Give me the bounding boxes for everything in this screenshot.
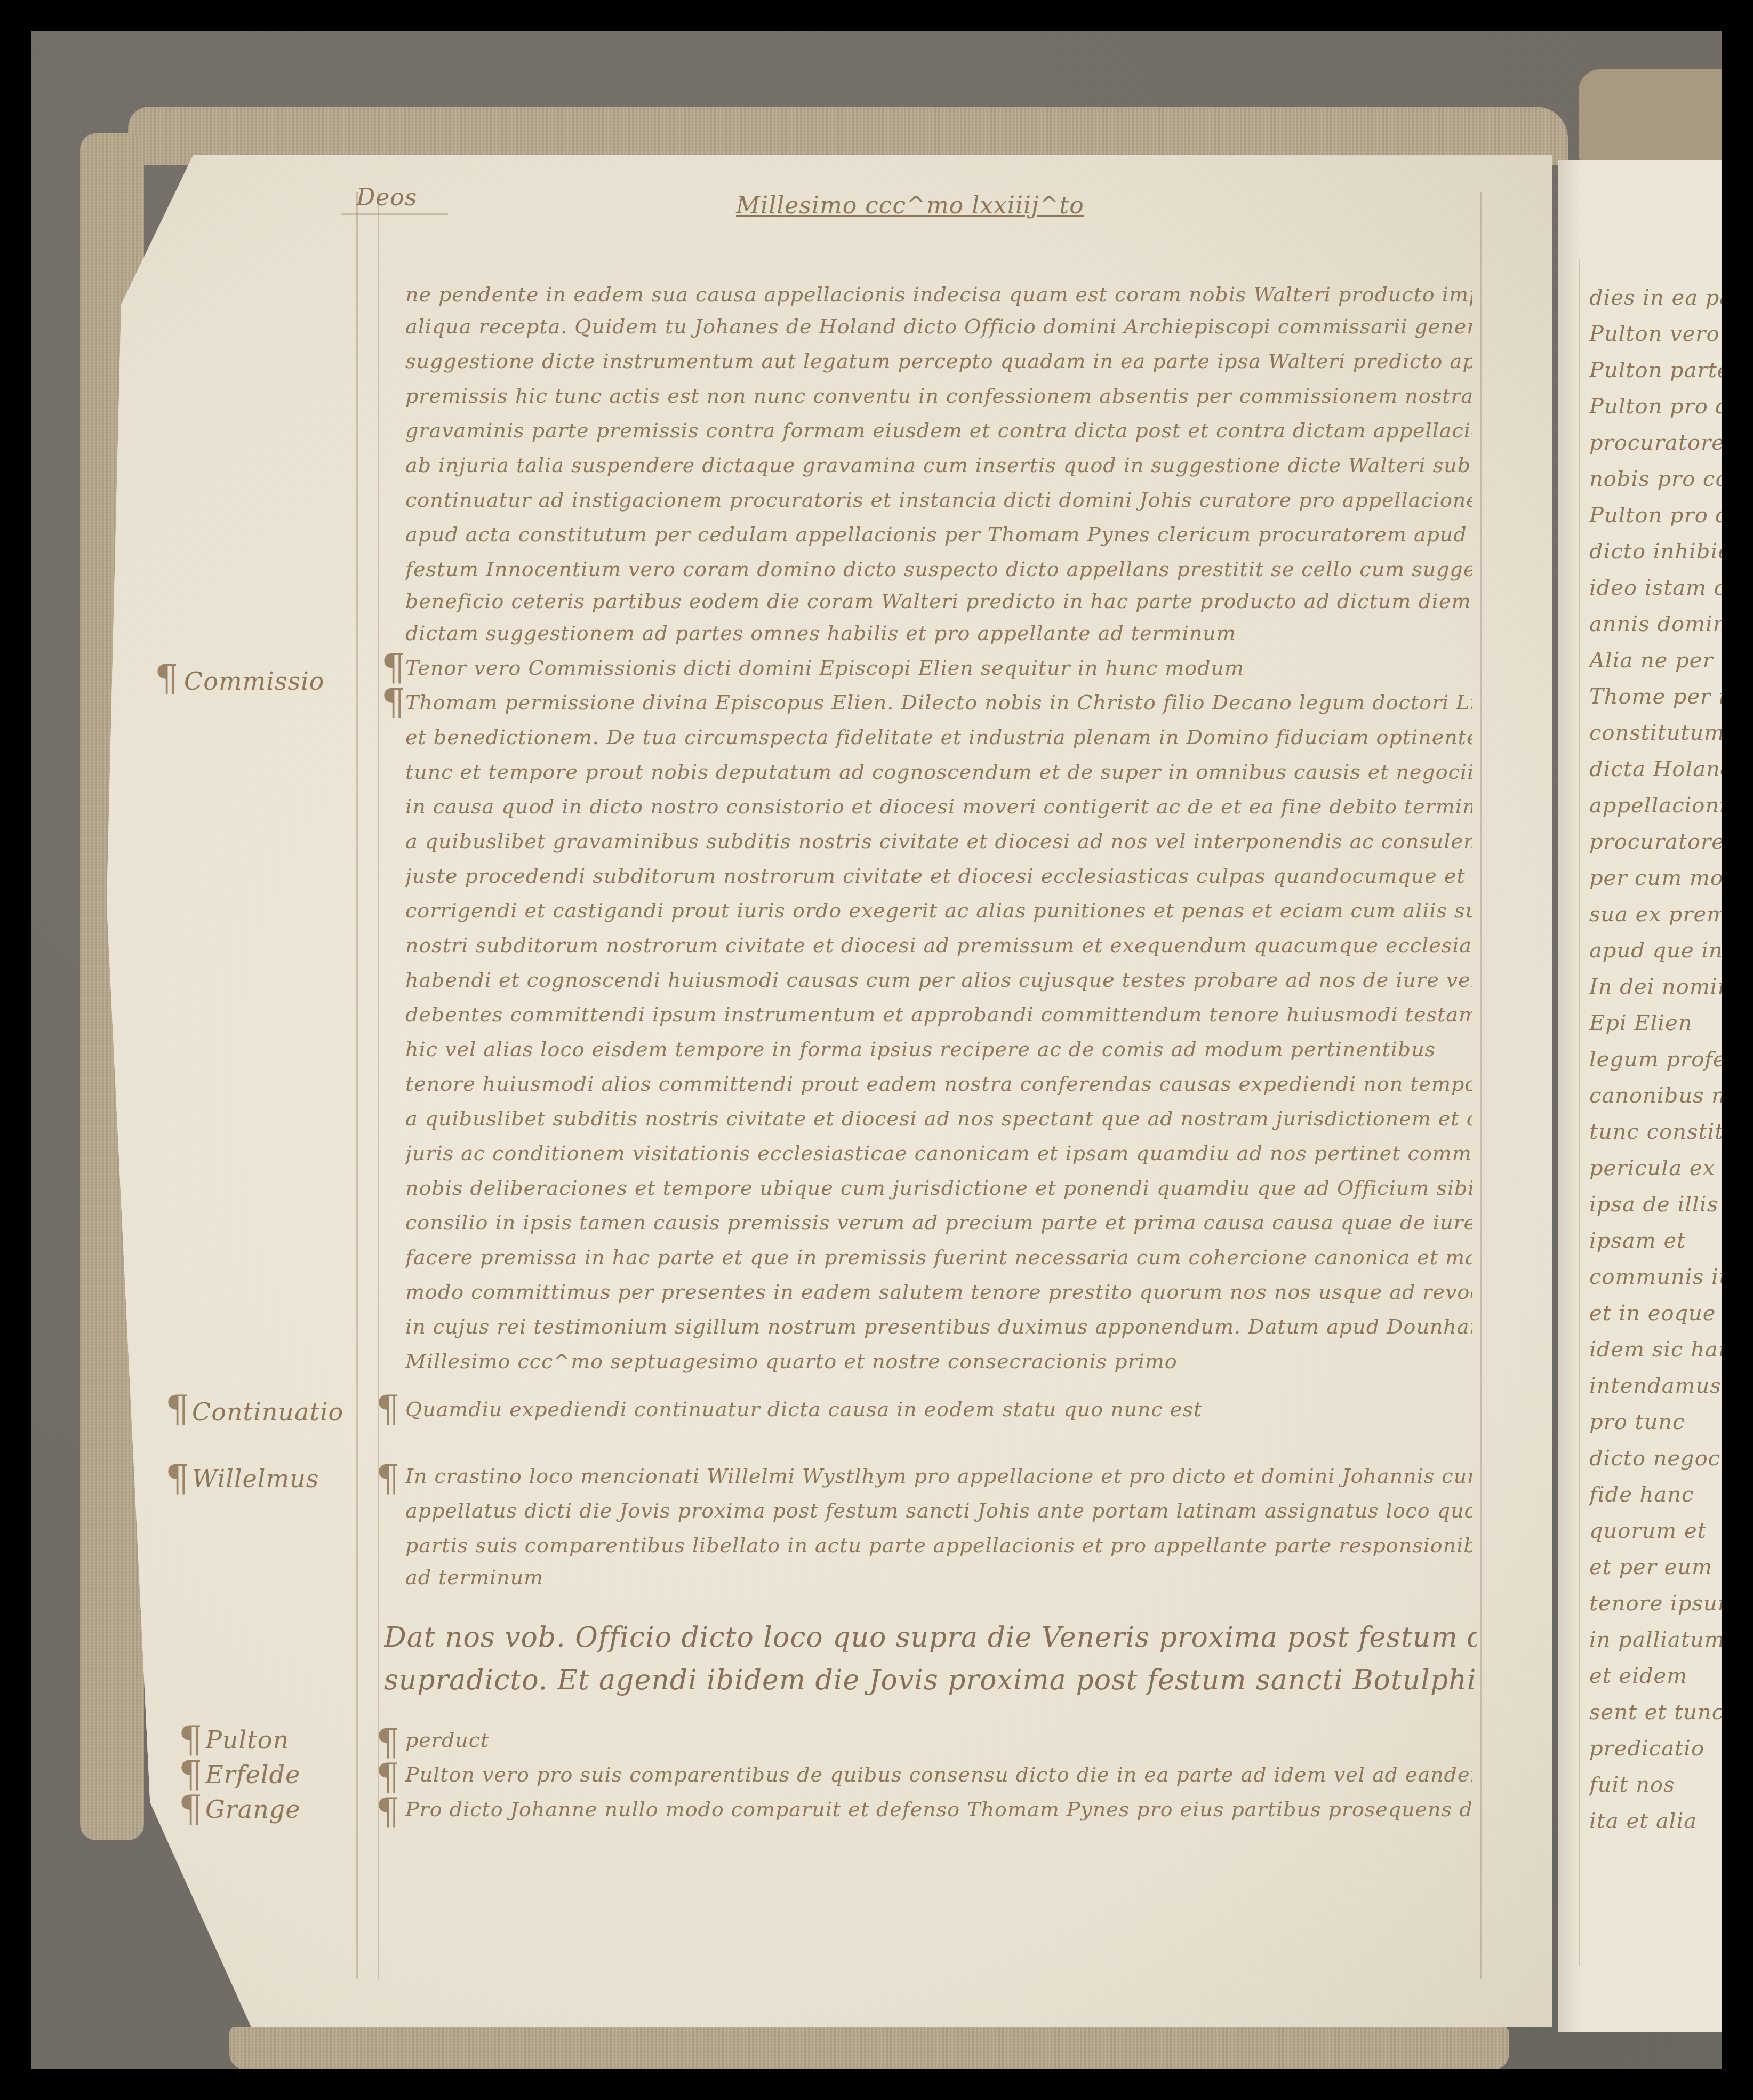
binding-fabric-right: [1579, 69, 1723, 165]
right-page-line: Pulton partes ad: [1589, 358, 1722, 382]
right-page-line: dicto inhibiendo pro: [1589, 539, 1722, 564]
body-line: tenore huiusmodi alios committendi prout…: [405, 1072, 1472, 1096]
body-line: Pro dicto Johanne nullo modo comparuit e…: [405, 1798, 1472, 1821]
margin-note-grange: Grange: [205, 1795, 300, 1824]
body-line: Thomam permissione divina Episcopus Elie…: [405, 691, 1472, 714]
paragraph-mark-icon: ¶: [376, 1456, 400, 1500]
right-page-line: communis ius nobis: [1589, 1265, 1722, 1289]
right-page-line: canonibus nostre: [1589, 1083, 1722, 1108]
body-line: suggestione dicte instrumentum aut legat…: [405, 349, 1472, 373]
right-page-line: quorum et: [1589, 1519, 1722, 1543]
paragraph-mark-icon: ¶: [165, 1456, 189, 1500]
right-page-line: annis domini apud: [1589, 612, 1722, 636]
binding-fabric-bottom: [229, 2027, 1509, 2070]
right-page-line: Pulton vero pro suis: [1589, 322, 1722, 346]
body-line: Pulton vero pro suis comparentibus de qu…: [405, 1763, 1472, 1786]
body-line: Tenor vero Commissionis dicti domini Epi…: [405, 656, 1472, 680]
body-line: corrigendi et castigandi prout iuris ord…: [405, 899, 1472, 922]
body-line: in causa quod in dicto nostro consistori…: [405, 795, 1472, 818]
right-page-line: et in eoque: [1589, 1301, 1722, 1326]
margin-note-pulton: Pulton: [205, 1726, 289, 1754]
right-page-line: per cum modo: [1589, 866, 1722, 890]
image-frame-left: [0, 0, 31, 2100]
margin-note-continuatio: Continuatio: [192, 1398, 343, 1426]
body-line: debentes committendi ipsum instrumentum …: [405, 1003, 1472, 1026]
image-frame-right: [1722, 0, 1753, 2100]
body-line: ne pendente in eadem sua causa appellaci…: [405, 283, 1472, 306]
body-line: beneficio ceteris partibus eodem die cor…: [405, 589, 1472, 613]
right-page-line: pericula ex premissis: [1589, 1156, 1722, 1180]
image-frame-top: [0, 0, 1753, 31]
right-page-line: Pulton pro dicto: [1589, 503, 1722, 528]
margin-note-willelmus: Willelmus: [192, 1464, 319, 1493]
body-line: et benedictionem. De tua circumspecta fi…: [405, 725, 1472, 749]
paragraph-mark-icon: ¶: [179, 1787, 203, 1831]
right-page-line: dies in ea parte ad: [1589, 285, 1722, 310]
right-page-line: predicatio: [1589, 1736, 1722, 1761]
right-page-line: pro tunc: [1589, 1410, 1722, 1434]
body-line: apud acta constitutum per cedulam appell…: [405, 523, 1472, 546]
right-page-line: ita et alia: [1589, 1809, 1722, 1833]
body-line: festum Innocentium vero coram domino dic…: [405, 557, 1472, 581]
right-page-line: constitutum apud: [1589, 721, 1722, 745]
body-line: continuatur ad instigacionem procuratori…: [405, 488, 1472, 512]
margin-rule-inner: [378, 192, 379, 1979]
right-page-line: tunc constitutum: [1589, 1120, 1722, 1144]
body-line: In crastino loco mencionati Willelmi Wys…: [405, 1464, 1472, 1488]
right-page-line: in palliatum: [1589, 1627, 1722, 1652]
right-page-line: appellacionis per ipsum: [1589, 793, 1722, 818]
right-page-line: dicto negocio: [1589, 1446, 1722, 1471]
image-frame-bottom: [0, 2069, 1753, 2100]
paragraph-mark-icon: ¶: [376, 1387, 400, 1431]
paragraph-mark-icon: ¶: [155, 656, 179, 700]
body-line: nostri subditorum nostrorum civitate et …: [405, 933, 1472, 957]
body-line: tunc et tempore prout nobis deputatum ad…: [405, 760, 1472, 784]
paragraph-mark-icon: ¶: [376, 1790, 400, 1833]
right-page-line: sent et tunc: [1589, 1700, 1722, 1724]
body-line: premissis hic tunc actis est non nunc co…: [405, 384, 1472, 408]
body-line: dictam suggestionem ad partes omnes habi…: [405, 621, 1472, 645]
running-header: Millesimo ccc^mo lxxiiij^to: [736, 192, 1084, 219]
right-page-line: sua ex premissis: [1589, 902, 1722, 927]
body-line: hic vel alias loco eisdem tempore in for…: [405, 1037, 1472, 1061]
right-page-line: legum professor: [1589, 1047, 1722, 1072]
body-line: partis suis comparentibus libellato in a…: [405, 1534, 1472, 1557]
right-page-line: Pulton pro dicto: [1589, 394, 1722, 419]
right-page-line: et eidem: [1589, 1664, 1722, 1688]
margin-rule-right: [1480, 192, 1482, 1979]
right-page-line: intendamus: [1589, 1374, 1722, 1398]
corner-rule: [341, 213, 448, 215]
body-line: in cujus rei testimonium sigillum nostru…: [405, 1315, 1472, 1338]
right-page-line: Thome per nos: [1589, 684, 1722, 709]
right-page-line: nobis pro compar: [1589, 467, 1722, 491]
right-page-line: idem sic hanc: [1589, 1337, 1722, 1362]
body-line: modo committimus per presentes in eadem …: [405, 1280, 1472, 1304]
large-text-line: supradicto. Et agendi ibidem die Jovis p…: [384, 1664, 1477, 1696]
right-page-line: et per eum: [1589, 1555, 1722, 1579]
right-page-line: procuratore: [1589, 430, 1722, 455]
right-page-line: procuratore et appellacionis: [1589, 829, 1722, 854]
body-line: juris ac conditionem visitationis eccles…: [405, 1141, 1472, 1165]
body-line: facere premissa in hac parte et que in p…: [405, 1245, 1472, 1269]
right-page-line: ipsam et: [1589, 1228, 1722, 1253]
paragraph-mark-icon: ¶: [381, 680, 405, 724]
right-page-line: tenore ipsum: [1589, 1591, 1722, 1616]
body-line: Millesimo ccc^mo septuagesimo quarto et …: [405, 1350, 1472, 1373]
body-line: a quibuslibet subditis nostris civitate …: [405, 1107, 1472, 1130]
body-line: appellatus dicti die Jovis proxima post …: [405, 1499, 1472, 1522]
margin-note-erfelde: Erfelde: [205, 1760, 300, 1789]
body-line: perduct: [405, 1728, 1472, 1752]
paragraph-mark-icon: ¶: [165, 1387, 189, 1431]
body-line: gravaminis parte premissis contra formam…: [405, 419, 1472, 442]
right-page-line: ideo istam cum: [1589, 576, 1722, 600]
right-page-rule: [1579, 259, 1580, 1966]
large-text-line: Dat nos vob. Officio dicto loco quo supr…: [384, 1622, 1477, 1654]
body-line: habendi et cognoscendi huiusmodi causas …: [405, 968, 1472, 992]
margin-rule-outer: [356, 192, 358, 1979]
body-line: ad terminum: [405, 1566, 1472, 1589]
right-page-line: Epi Elien: [1589, 1011, 1722, 1035]
body-line: Quamdiu expediendi continuatur dicta cau…: [405, 1398, 1472, 1421]
body-line: juste procedendi subditorum nostrorum ci…: [405, 864, 1472, 888]
right-page-line: fide hanc: [1589, 1482, 1722, 1507]
right-page-line: In dei nomine amen: [1589, 975, 1722, 999]
body-line: consilio in ipsis tamen causis premissis…: [405, 1211, 1472, 1234]
right-page-line: Alia ne per ipsum: [1589, 648, 1722, 673]
right-page-line: apud que in: [1589, 938, 1722, 963]
margin-note-commissio: Commissio: [184, 667, 324, 696]
corner-note: Deos: [356, 184, 417, 211]
body-line: ab injuria talia suspendere dictaque gra…: [405, 453, 1472, 477]
body-line: aliqua recepta. Quidem tu Johanes de Hol…: [405, 315, 1472, 338]
right-page-line: fuit nos: [1589, 1772, 1722, 1797]
body-line: a quibuslibet gravaminibus subditis nost…: [405, 829, 1472, 853]
right-page-line: dicta Holand: [1589, 757, 1722, 781]
right-page-line: ipsa de illis: [1589, 1192, 1722, 1217]
body-line: nobis deliberaciones et tempore ubique c…: [405, 1176, 1472, 1200]
